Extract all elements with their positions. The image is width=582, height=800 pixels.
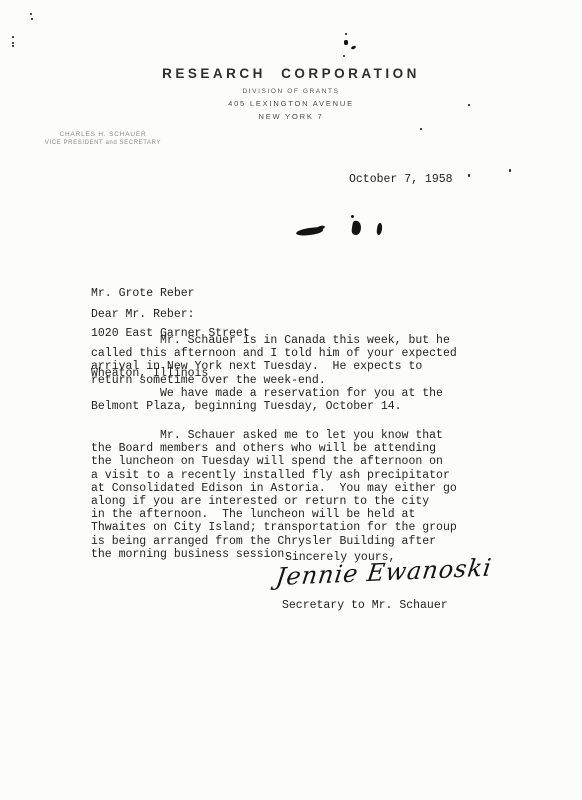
ink-speck	[343, 55, 345, 57]
salutation: Dear Mr. Reber:	[91, 308, 195, 321]
ink-speck	[30, 13, 32, 15]
ink-speck	[12, 42, 14, 44]
signer-title: Secretary to Mr. Schauer	[282, 599, 448, 612]
ink-speck	[345, 33, 347, 35]
company-name: RESEARCH CORPORATION	[0, 66, 582, 81]
ink-speck	[509, 169, 511, 172]
letterhead: RESEARCH CORPORATION DIVISION OF GRANTS …	[0, 66, 582, 121]
city-line: NEW YORK 7	[0, 112, 582, 121]
officer-block: CHARLES H. SCHAUER VICE PRESIDENT and SE…	[28, 131, 178, 146]
ink-speck	[420, 128, 422, 130]
street-address: 405 LEXINGTON AVENUE	[0, 99, 582, 108]
letter-page: RESEARCH CORPORATION DIVISION OF GRANTS …	[0, 0, 582, 800]
ink-speck	[344, 40, 348, 45]
ink-speck	[12, 36, 14, 38]
body-paragraph-1: Mr. Schauer is in Canada this week, but …	[91, 334, 471, 387]
recipient-name: Mr. Grote Reber	[91, 287, 250, 300]
ink-smudge	[351, 220, 362, 235]
ink-speck	[351, 45, 357, 50]
division-line: DIVISION OF GRANTS	[0, 88, 582, 95]
officer-name: CHARLES H. SCHAUER	[28, 131, 178, 138]
ink-smudge	[376, 223, 383, 236]
body-paragraph-3: Mr. Schauer asked me to let you know tha…	[91, 429, 476, 561]
officer-title: VICE PRESIDENT and SECRETARY	[28, 140, 178, 146]
date-line: October 7, 1958	[349, 173, 453, 186]
ink-smudge	[351, 215, 354, 218]
ink-speck	[12, 45, 14, 47]
body-paragraph-2: We have made a reservation for you at th…	[91, 387, 471, 413]
ink-speck	[31, 18, 33, 20]
ink-speck	[468, 174, 470, 177]
